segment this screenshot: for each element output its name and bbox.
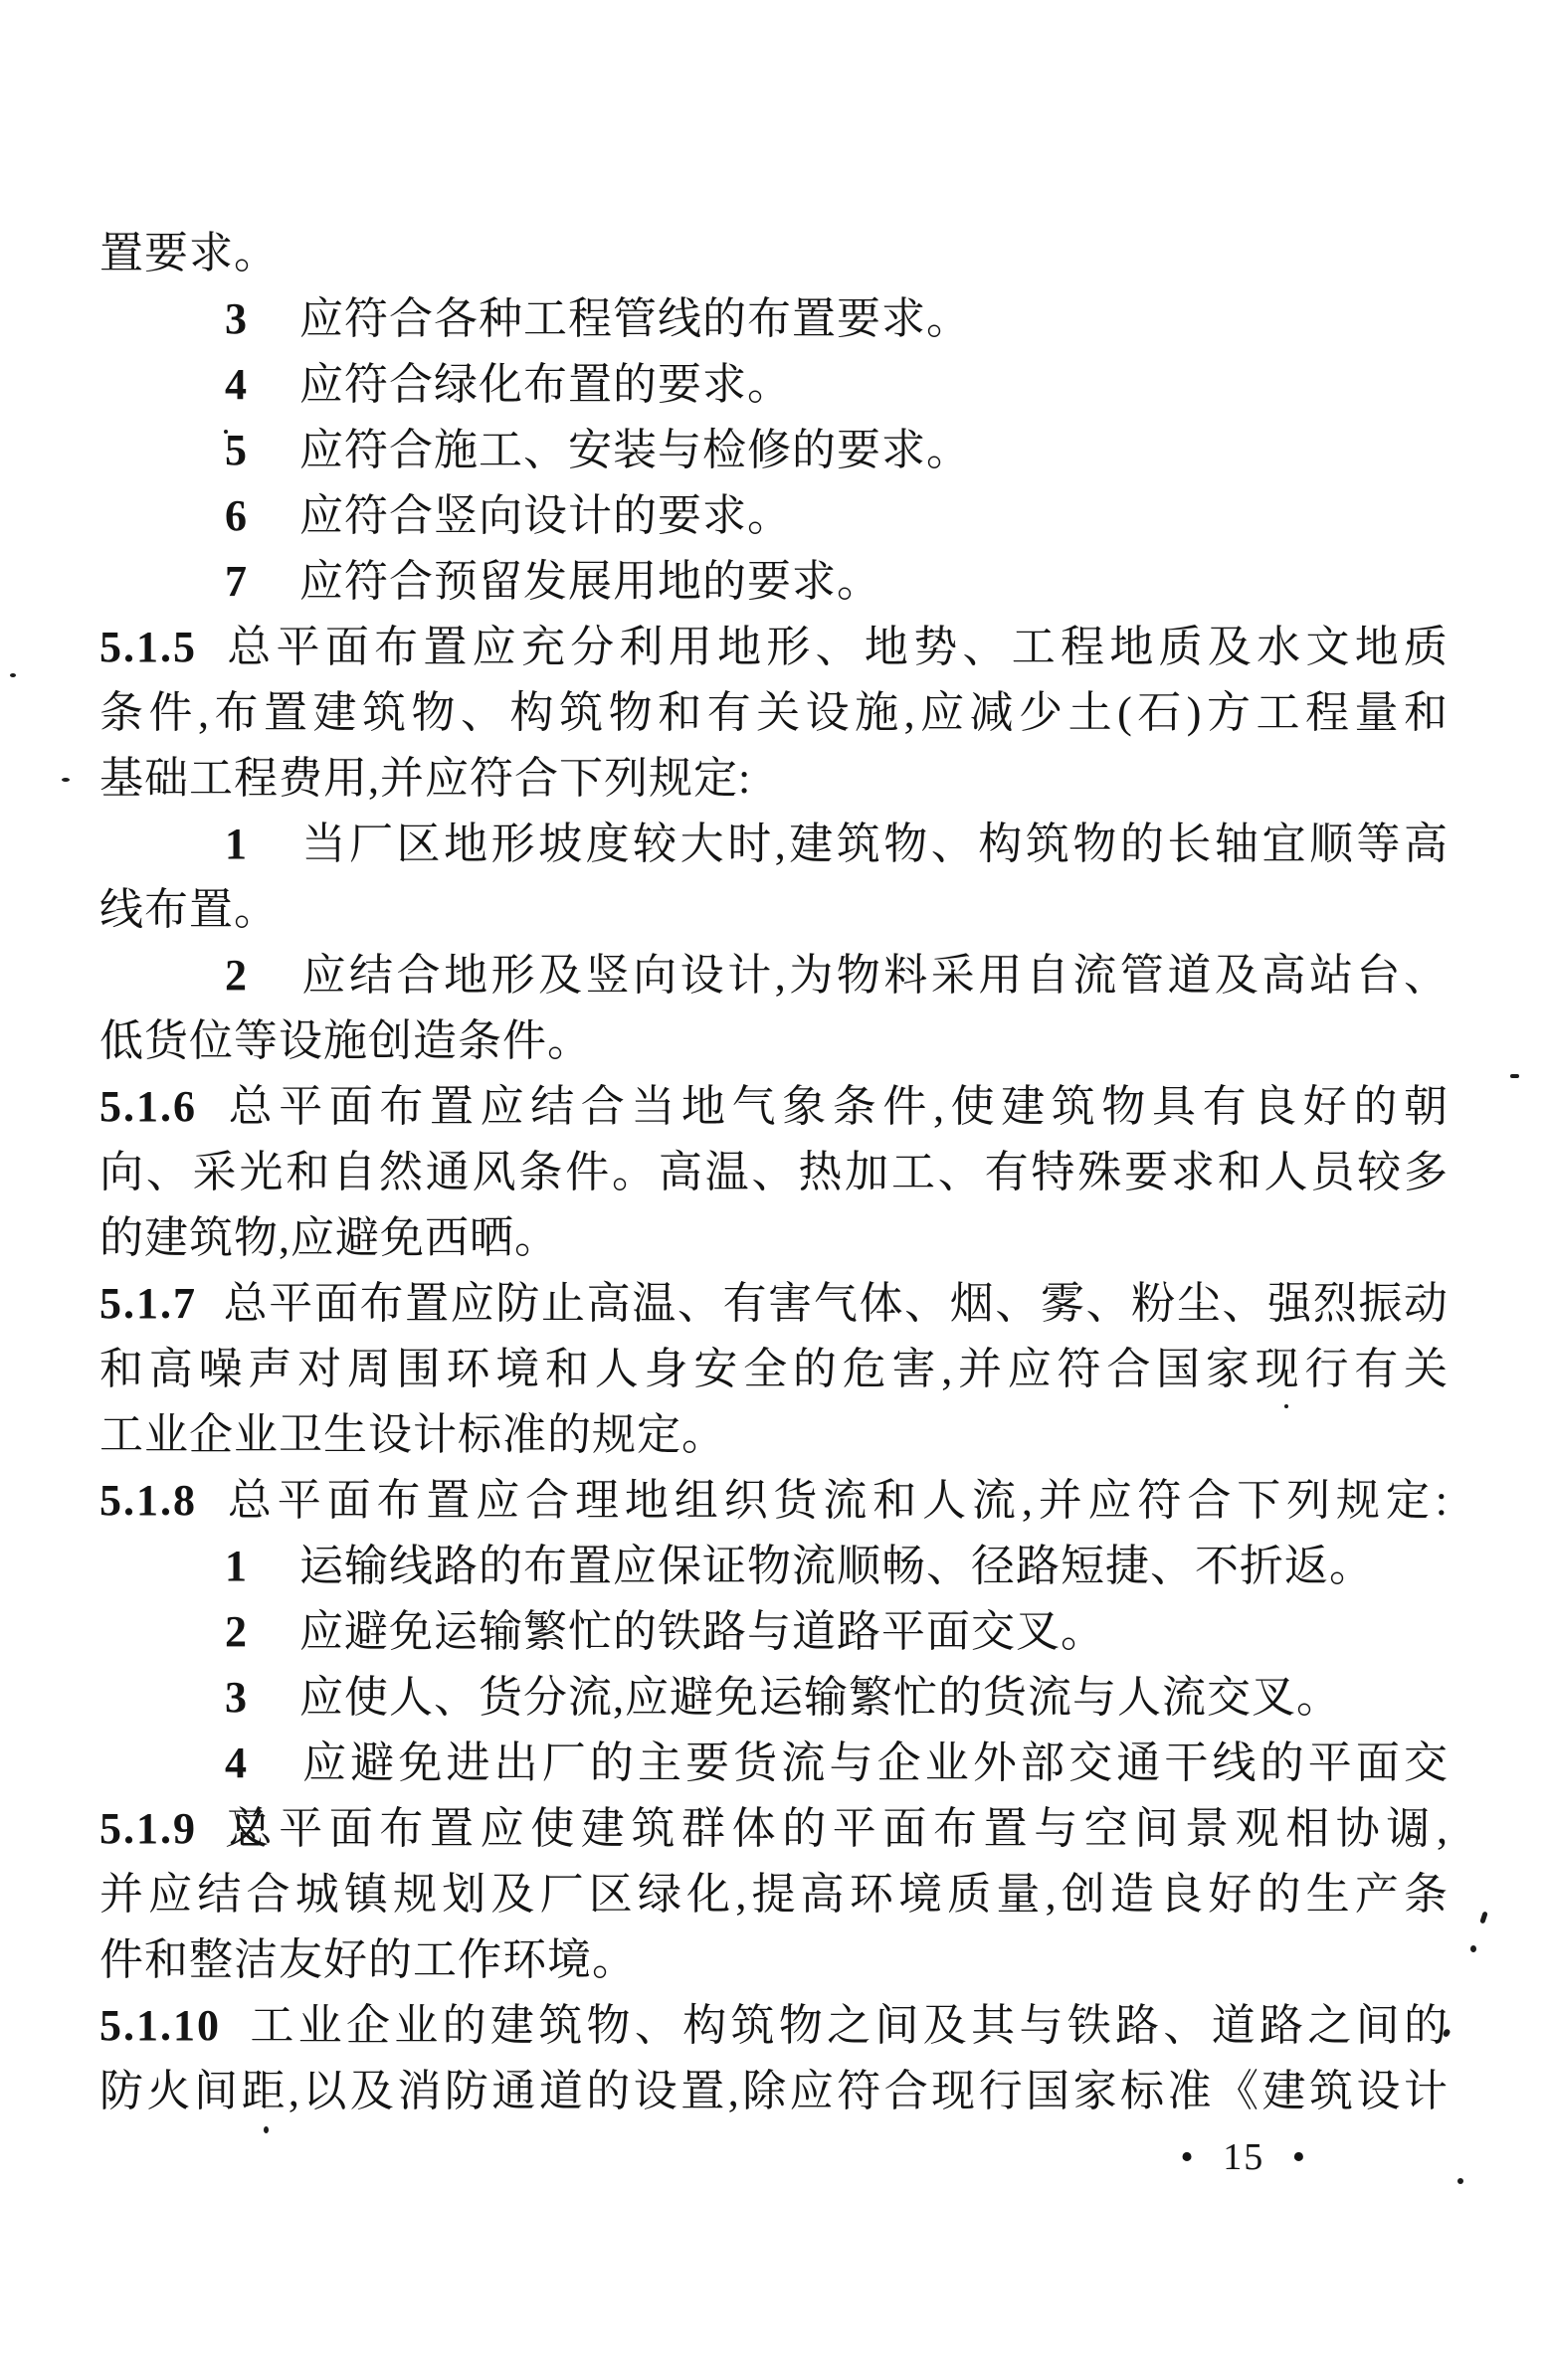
scanned-page: 置要求。 3应符合各种工程管线的布置要求。 4应符合绿化布置的要求。 5应符合施… — [0, 0, 1550, 2380]
item-number: 6 — [225, 491, 248, 540]
continuation-line: 基础工程费用,并应符合下列规定: — [99, 746, 1449, 812]
document-body: 置要求。 3应符合各种工程管线的布置要求。 4应符合绿化布置的要求。 5应符合施… — [99, 221, 1449, 2190]
scan-speck — [62, 778, 70, 782]
item-number: 3 — [225, 294, 248, 343]
list-item-line: 5应符合施工、安装与检修的要求。 — [99, 418, 1449, 483]
clause-number: 5.1.7 — [99, 1279, 197, 1328]
scan-speck — [1407, 641, 1412, 644]
clause-line: 5.1.7总平面布置应防止高温、有害气体、烟、雾、粉尘、强烈振动 — [99, 1271, 1449, 1337]
line-text: 总平面布置应结合当地气象条件,使建筑物具有良好的朝 — [223, 1082, 1449, 1131]
line-text: 防火间距,以及消防通道的设置,除应符合现行国家标准《建筑设计 — [99, 2067, 1449, 2115]
scan-speck — [10, 673, 16, 677]
clause-line: 5.1.5总平面布置应充分利用地形、地势、工程地质及水文地质 — [99, 615, 1449, 680]
continuation-line: 条件,布置建筑物、构筑物和有关设施,应减少土(石)方工程量和 — [99, 680, 1449, 746]
list-item-line: 4应避免进出厂的主要货流与企业外部交通干线的平面交叉。 — [99, 1731, 1449, 1796]
clause-line: 5.1.9总平面布置应使建筑群体的平面布置与空间景观相协调, — [99, 1796, 1449, 1862]
line-text: 应符合各种工程管线的布置要求。 — [299, 294, 971, 343]
line-text: 置要求。 — [99, 229, 279, 277]
list-item-line: 4应符合绿化布置的要求。 — [99, 352, 1449, 418]
continuation-line: 件和整洁友好的工作环境。 — [99, 1927, 1449, 1993]
continuation-line: 线布置。 — [99, 877, 1449, 943]
line-text: 应使人、货分流,应避免运输繁忙的货流与人流交叉。 — [299, 1673, 1341, 1722]
list-item-line: 3应使人、货分流,应避免运输繁忙的货流与人流交叉。 — [99, 1665, 1449, 1731]
line-text: 总平面布置应防止高温、有害气体、烟、雾、粉尘、强烈振动 — [223, 1279, 1449, 1328]
item-number: 1 — [225, 820, 248, 868]
line-text: 应结合地形及竖向设计,为物料采用自流管道及高站台、 — [299, 951, 1449, 1000]
line-text: 应避免运输繁忙的铁路与道路平面交叉。 — [299, 1607, 1105, 1656]
line-text: 总平面布置应充分利用地形、地势、工程地质及水文地质 — [223, 623, 1449, 671]
line-text: 低货位等设施创造条件。 — [99, 1016, 592, 1065]
clause-number: 5.1.10 — [99, 2001, 221, 2050]
line-text: 应符合绿化布置的要求。 — [299, 360, 792, 409]
item-number: 2 — [225, 951, 248, 1000]
line-text: 总平面布置应使建筑群体的平面布置与空间景观相协调, — [223, 1804, 1449, 1853]
scan-speck — [1284, 1404, 1288, 1408]
scan-speck — [224, 430, 228, 434]
clause-line: 5.1.8总平面布置应合理地组织货流和人流,并应符合下列规定: — [99, 1468, 1449, 1534]
line-text: 工业企业的建筑物、构筑物之间及其与铁路、道路之间的 — [247, 2001, 1449, 2050]
line-text: 线布置。 — [99, 885, 279, 934]
clause-line: 5.1.10工业企业的建筑物、构筑物之间及其与铁路、道路之间的 — [99, 1993, 1449, 2059]
item-number: 2 — [225, 1607, 248, 1656]
clause-line: 5.1.6总平面布置应结合当地气象条件,使建筑物具有良好的朝 — [99, 1074, 1449, 1140]
item-number: 5 — [225, 426, 248, 474]
continuation-line: 防火间距,以及消防通道的设置,除应符合现行国家标准《建筑设计 — [99, 2059, 1449, 2124]
list-item-line: 3应符合各种工程管线的布置要求。 — [99, 286, 1449, 352]
scan-speck — [1479, 1912, 1487, 1924]
list-item-line: 1运输线路的布置应保证物流顺畅、径路短捷、不折返。 — [99, 1534, 1449, 1599]
continuation-line: 并应结合城镇规划及厂区绿化,提高环境质量,创造良好的生产条 — [99, 1862, 1449, 1927]
line-text: 工业企业卫生设计标准的规定。 — [99, 1410, 726, 1459]
line-text: 条件,布置建筑物、构筑物和有关设施,应减少土(石)方工程量和 — [99, 688, 1449, 737]
continuation-line: 和高噪声对周围环境和人身安全的危害,并应符合国家现行有关 — [99, 1337, 1449, 1402]
line-text: 的建筑物,应避免西晒。 — [99, 1213, 559, 1262]
line-text: 当厂区地形坡度较大时,建筑物、构筑物的长轴宜顺等高 — [299, 820, 1449, 868]
item-number: 7 — [225, 557, 248, 606]
item-number: 1 — [225, 1542, 248, 1590]
continuation-line: 低货位等设施创造条件。 — [99, 1008, 1449, 1074]
line-text: 应符合竖向设计的要求。 — [299, 491, 792, 540]
clause-number: 5.1.8 — [99, 1476, 197, 1525]
line-text: 应符合施工、安装与检修的要求。 — [299, 426, 971, 474]
line-text: 向、采光和自然通风条件。高温、热加工、有特殊要求和人员较多 — [99, 1148, 1449, 1196]
clause-number: 5.1.9 — [99, 1804, 197, 1853]
continuation-line: 的建筑物,应避免西晒。 — [99, 1205, 1449, 1271]
continuation-line: 置要求。 — [99, 221, 1449, 286]
line-text: 并应结合城镇规划及厂区绿化,提高环境质量,创造良好的生产条 — [99, 1870, 1449, 1919]
list-item-line: 7应符合预留发展用地的要求。 — [99, 549, 1449, 615]
scan-speck — [1470, 1945, 1476, 1952]
line-text: 应符合预留发展用地的要求。 — [299, 557, 881, 606]
scan-speck — [1457, 2178, 1463, 2184]
line-text: 基础工程费用,并应符合下列规定: — [99, 754, 751, 803]
list-item-line: 2应避免运输繁忙的铁路与道路平面交叉。 — [99, 1599, 1449, 1665]
item-number: 4 — [225, 1739, 248, 1787]
continuation-line: 向、采光和自然通风条件。高温、热加工、有特殊要求和人员较多 — [99, 1140, 1449, 1205]
line-text: 运输线路的布置应保证物流顺畅、径路短捷、不折返。 — [299, 1542, 1374, 1590]
list-item-line: 6应符合竖向设计的要求。 — [99, 483, 1449, 549]
item-number: 3 — [225, 1673, 248, 1722]
continuation-line: 工业企业卫生设计标准的规定。 — [99, 1402, 1449, 1468]
scan-speck — [264, 2126, 269, 2133]
clause-number: 5.1.5 — [99, 623, 197, 671]
line-text: 和高噪声对周围环境和人身安全的危害,并应符合国家现行有关 — [99, 1345, 1449, 1393]
scan-speck — [1510, 1074, 1519, 1078]
list-item-line: 2应结合地形及竖向设计,为物料采用自流管道及高站台、 — [99, 943, 1449, 1008]
page-number: • 15 • — [99, 2124, 1449, 2190]
clause-number: 5.1.6 — [99, 1082, 197, 1131]
list-item-line: 1当厂区地形坡度较大时,建筑物、构筑物的长轴宜顺等高 — [99, 812, 1449, 877]
item-number: 4 — [225, 360, 248, 409]
line-text: 总平面布置应合理地组织货流和人流,并应符合下列规定: — [223, 1476, 1449, 1525]
line-text: 件和整洁友好的工作环境。 — [99, 1935, 637, 1984]
